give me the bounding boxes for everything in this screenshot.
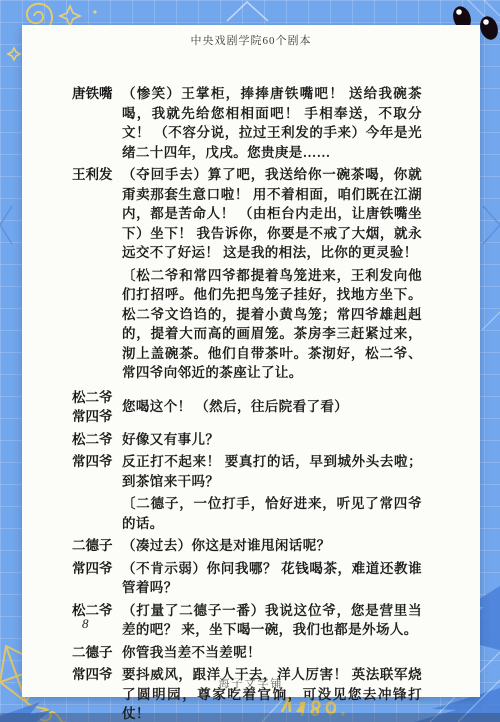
triangle-outline-icon [227,2,268,21]
speaker-name: 唐铁嘴 [72,84,122,162]
script-page: 中央戏剧学院60个剧本 唐铁嘴 （惨笑）王掌柜，捧捧唐铁嘴吧！ 送给我碗茶喝，我… [22,25,480,697]
speaker-name: 常四爷 [72,452,122,491]
speaker-name: 松二爷 [72,388,122,408]
scan-background: 中央戏剧学院60个剧本 唐铁嘴 （惨笑）王掌柜，捧捧唐铁嘴吧！ 送给我碗茶喝，我… [0,0,500,722]
dual-dialogue-row: 松二爷 常四爷 您喝这个！ （然后，往后院看了看） [72,388,440,427]
dialogue-row: 常四爷 反正打不起来！ 要真打的话，早到城外头去啦；到茶馆来干吗？ [72,452,440,491]
dialogue-row: 二德子 你管我当差不当差呢！ [72,643,440,663]
page-number: 8 [82,616,89,632]
chevron-right-icon [483,206,500,244]
stage-direction-text: 〔二德子，一位打手，恰好进来，听见了常四爷的话。 [122,494,422,533]
stage-direction: 〔松二爷和常四爷都提着鸟笼进来，王利发向他们打招呼。他们先把鸟笼子挂好，找地方坐… [72,266,440,383]
stage-direction-text: 〔松二爷和常四爷都提着鸟笼进来，王利发向他们打招呼。他们先把鸟笼子挂好，找地方坐… [122,266,422,383]
speaker-name: 常四爷 [72,559,122,598]
speech-text: 反正打不起来！ 要真打的话，早到城外头去啦；到茶馆来干吗？ [122,452,422,491]
speaker-name: 常四爷 [72,407,122,427]
speech-text: 要抖威风，跟洋人干去，洋人厉害！ 英法联军烧了圆明园，尊家吃着官饷，可没见您去冲… [122,665,422,722]
page-header: 中央戏剧学院60个剧本 [22,32,480,48]
speech-text: 好像又有事儿？ [122,430,422,450]
speaker-name: 常四爷 [72,665,122,722]
chevron-left-icon [0,206,12,244]
speech-text: （夺回手去）算了吧，我送给你一碗茶喝，你就甭卖那套生意口啦！ 用不着相面，咱们既… [122,165,422,263]
speech-text: （打量了二德子一番）我说这位爷，您是营里当差的吧？ 来，坐下喝一碗，我们也都是外… [122,601,422,640]
speaker-names-stacked: 松二爷 常四爷 [72,388,122,427]
speaker-name: 松二爷 [72,430,122,450]
speaker-name: 二德子 [72,643,122,663]
speech-text: 你管我当差不当差呢！ [122,643,422,663]
dialogue-row: 二德子 （凑过去）你这是对谁甩闲话呢？ [72,536,440,556]
speaker-name: 松二爷 [72,601,122,640]
stage-direction: 〔二德子，一位打手，恰好进来，听见了常四爷的话。 [72,494,440,533]
footer-brand: 海子文字铺 [22,675,480,691]
speech-text: 您喝这个！ （然后，往后院看了看） [122,397,422,417]
dialogue-row: 常四爷 要抖威风，跟洋人干去，洋人厉害！ 英法联军烧了圆明园，尊家吃着官饷，可没… [72,665,440,722]
dialogue-row: 松二爷 好像又有事儿？ [72,430,440,450]
script-body: 唐铁嘴 （惨笑）王掌柜，捧捧唐铁嘴吧！ 送给我碗茶喝，我就先给您相相面吧！ 手相… [72,81,440,722]
speaker-name: 王利发 [72,165,122,263]
speech-text: （惨笑）王掌柜，捧捧唐铁嘴吧！ 送给我碗茶喝，我就先给您相相面吧！ 手相奉送，不… [122,84,422,162]
dialogue-row: 王利发 （夺回手去）算了吧，我送给你一碗茶喝，你就甭卖那套生意口啦！ 用不着相面… [72,165,440,263]
speech-text: （不肯示弱）你问我哪？ 花钱喝茶，难道还教谁管着吗？ [122,559,422,598]
dialogue-row: 唐铁嘴 （惨笑）王掌柜，捧捧唐铁嘴吧！ 送给我碗茶喝，我就先给您相相面吧！ 手相… [72,84,440,162]
dialogue-row: 常四爷 （不肯示弱）你问我哪？ 花钱喝茶，难道还教谁管着吗？ [72,559,440,598]
speech-text: （凑过去）你这是对谁甩闲话呢？ [122,536,422,556]
speaker-name: 二德子 [72,536,122,556]
dialogue-row: 松二爷 （打量了二德子一番）我说这位爷，您是营里当差的吧？ 来，坐下喝一碗，我们… [72,601,440,640]
